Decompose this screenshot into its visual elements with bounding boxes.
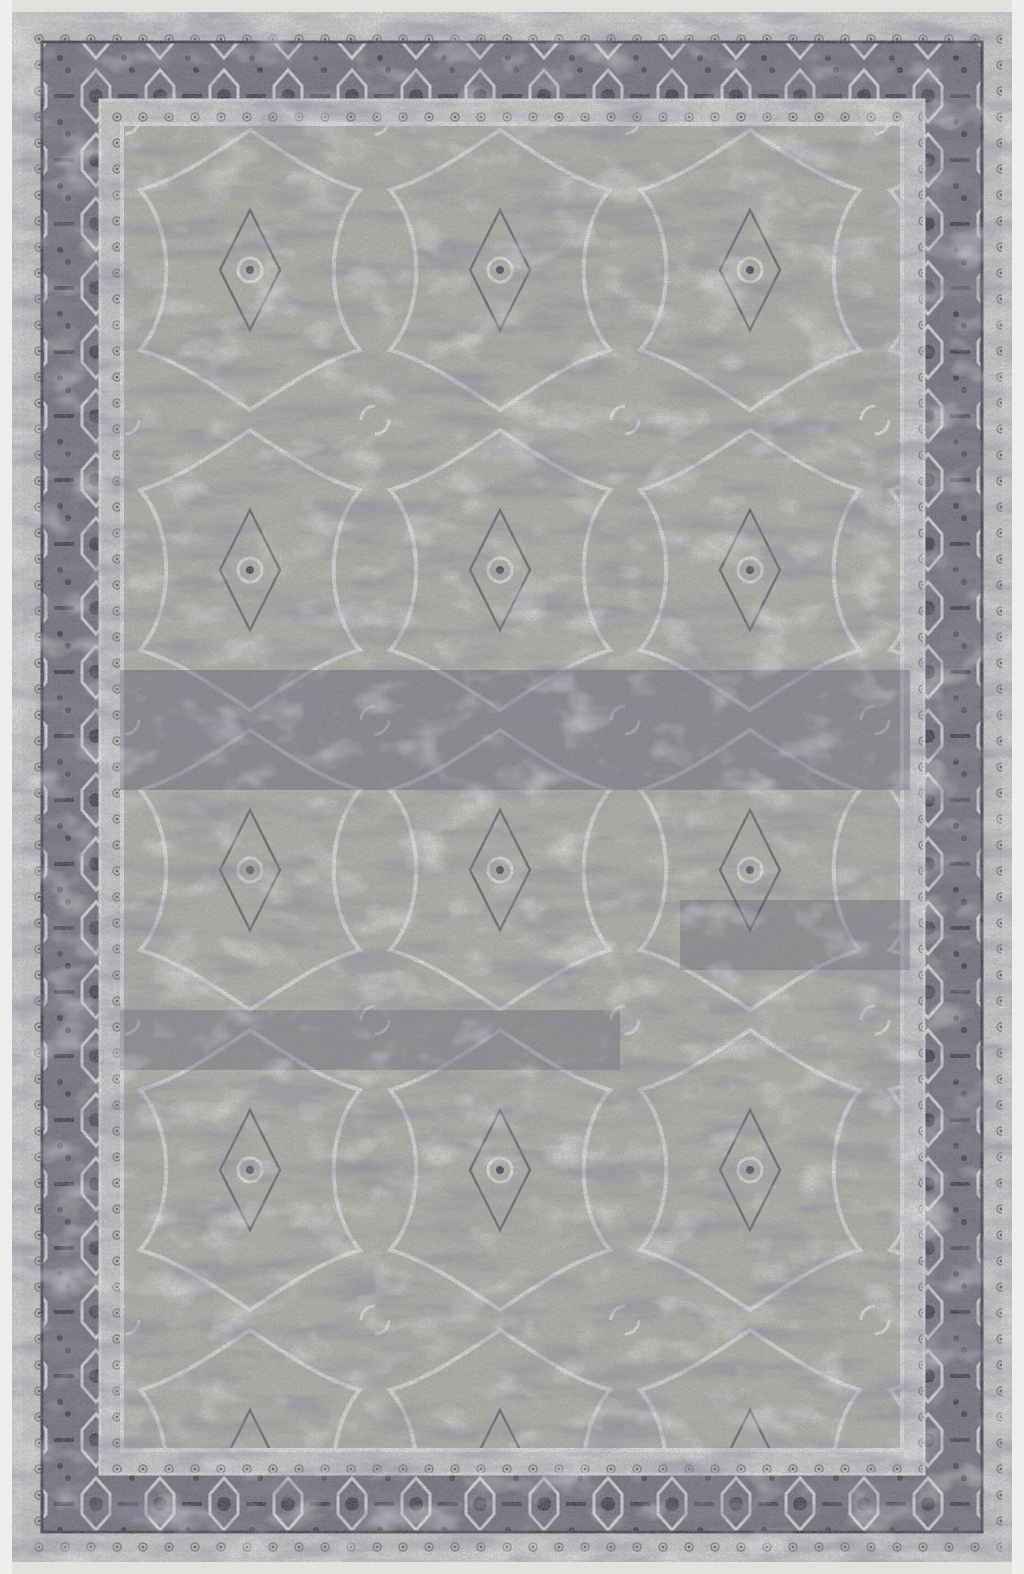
- rug-image: [0, 0, 1024, 1574]
- fringe-top: [12, 0, 1012, 14]
- fringe-bottom: [12, 1560, 1012, 1574]
